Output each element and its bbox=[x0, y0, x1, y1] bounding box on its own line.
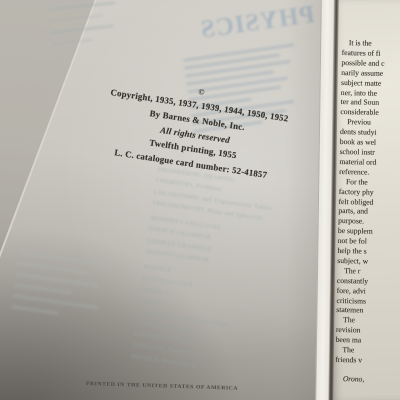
ghost-series-item: GERMAN GRAMMAR bbox=[146, 235, 316, 270]
ghost-series-item: PHYSICS, Principles of bbox=[130, 351, 300, 386]
preface-text: It is the features of fi possible and c … bbox=[335, 38, 385, 385]
copyright-block: © Copyright, 1935, 1937, 1939, 1944, 195… bbox=[75, 69, 317, 188]
preface-line: For the bbox=[339, 177, 382, 188]
ghost-series-item: CHEMISTRY, Physical bbox=[133, 329, 303, 364]
ghost-series-item: TRIGONOMETRY, Plane and Spherical bbox=[152, 198, 322, 233]
ghost-text-smudge-bottomleft bbox=[10, 251, 128, 332]
ghost-series-list: ENGINEERING DRAWING CHEMISTRY, Problems … bbox=[130, 164, 326, 386]
preface-line: possible and c bbox=[341, 58, 384, 69]
ghost-series-item: BOTANY bbox=[138, 295, 308, 330]
preface-line: The r bbox=[337, 266, 380, 277]
preface-line: friends v bbox=[335, 355, 378, 366]
preface-line: subject matte bbox=[341, 78, 384, 89]
open-book-photo: PHYSICS EN bbox=[0, 0, 400, 400]
preface-line: material ord bbox=[339, 157, 382, 168]
printed-in-usa-line: PRINTED IN THE UNITED STATES OF AMERICA bbox=[86, 381, 238, 392]
ghost-title-physics: PHYSICS bbox=[210, 1, 317, 43]
ghost-series-item: LOGARITHMIC and Trigonometric Tables bbox=[153, 186, 323, 221]
preface-place-line: Orono, bbox=[335, 374, 378, 385]
ghost-series-item: MODERN LANGUAGES bbox=[150, 213, 320, 248]
preface-line: narily assume bbox=[341, 68, 384, 79]
ghost-series-item: BIOLOGY bbox=[140, 284, 310, 319]
preface-line: subject, w bbox=[337, 256, 380, 267]
ghost-series-item: BACTERIOLOGY bbox=[141, 273, 311, 308]
preface-line: fore, advi bbox=[337, 286, 380, 297]
ghost-series-item: SCIENCE bbox=[143, 261, 313, 296]
preface-line: features of fi bbox=[342, 48, 385, 59]
copyright-page: PHYSICS EN bbox=[0, 0, 332, 400]
ghost-series-item: CHEMISTRY, First Year College bbox=[136, 306, 306, 341]
ghost-series-item: CHEMISTRY, Organic bbox=[135, 317, 305, 352]
preface-line: factory phy bbox=[339, 187, 382, 198]
ghost-series-item: FRENCH GRAMMAR bbox=[148, 224, 318, 259]
preface-line: constantly bbox=[337, 276, 380, 287]
ghost-series-item: SPANISH GRAMMAR bbox=[145, 246, 315, 281]
preface-line: reference. bbox=[339, 167, 382, 178]
preface-page: It is the features of fi possible and c … bbox=[330, 0, 400, 400]
ghost-series-item: GEOLOGY, Principles of bbox=[132, 340, 302, 375]
